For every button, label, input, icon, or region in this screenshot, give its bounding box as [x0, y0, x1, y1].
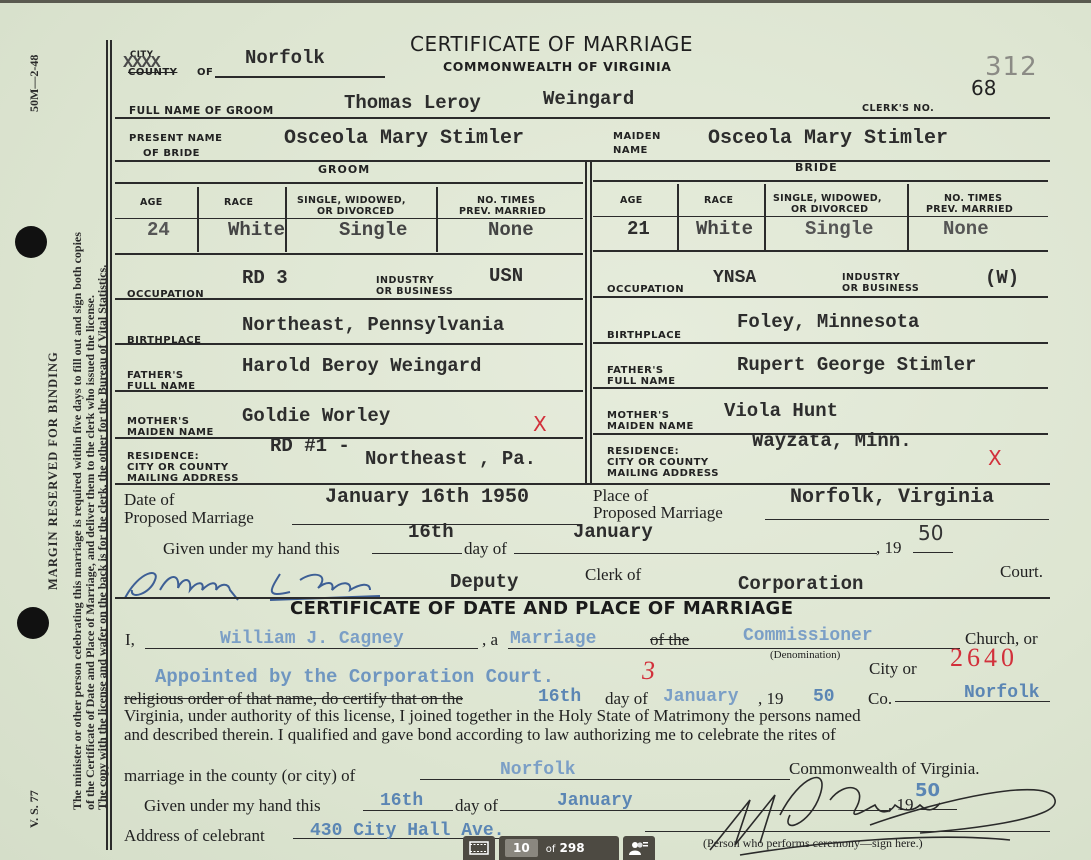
bride-age-label: AGE [620, 195, 643, 206]
bride-maiden-name: Osceola Mary Stimler [708, 127, 948, 150]
license-given-text: Given under my hand this [163, 539, 340, 559]
total-pages: 298 [560, 841, 585, 855]
groom-residence-2: Northeast , Pa. [365, 448, 536, 470]
form-code: V. S. 77 [27, 790, 42, 828]
bride-present-label-2: OF BRIDE [143, 148, 200, 159]
bride-industry-label-1: INDUSTRY [842, 272, 900, 283]
bride-father-line [593, 387, 1048, 389]
bride-prev-label-1: NO. TIMES [944, 193, 1002, 204]
groom-name-label: FULL NAME OF GROOM [129, 106, 274, 117]
ceremony-heading: CERTIFICATE OF DATE AND PLACE OF MARRIAG… [290, 598, 793, 619]
center-divider-1 [585, 160, 587, 485]
bride-status-label-2: OR DIVORCED [791, 204, 868, 215]
groom-prev-label-2: PREV. MARRIED [459, 206, 546, 217]
court-name: Corporation [738, 573, 863, 595]
bride-residence-label-3: MAILING ADDRESS [607, 468, 719, 479]
celebrant-signature [680, 755, 1080, 860]
bride-race: White [696, 218, 753, 240]
license-month-underline [514, 553, 877, 554]
ceremony-line2: Virginia, under authority of this licens… [124, 706, 861, 726]
bride-occupation-line [593, 296, 1048, 298]
groom-occupation: RD 3 [242, 267, 288, 289]
margin-instruction-3: The copy with the license and wafer on t… [95, 265, 110, 810]
city-underline [215, 76, 385, 78]
cert-city: Norfolk [964, 683, 1040, 703]
center-divider-2 [590, 160, 592, 485]
license-year: 50 [918, 521, 943, 545]
groom-race-label: RACE [224, 197, 253, 208]
cert-day: 16th [538, 687, 581, 707]
ceremony-line4-a: marriage in the county (or city) of [124, 766, 355, 786]
address-label: Address of celebrant [124, 826, 265, 846]
frame-left-inner [110, 40, 112, 850]
red-number: 2640 [950, 643, 1018, 673]
of-label: of [546, 844, 556, 855]
i-label: I, [125, 630, 135, 650]
maiden-label-2: NAME [613, 145, 648, 156]
groom-prev-label-1: NO. TIMES [477, 195, 535, 206]
groom-residence-1: RD #1 - [270, 435, 350, 457]
city-value: Norfolk [245, 47, 325, 69]
bride-present-name: Osceola Mary Stimler [284, 127, 524, 150]
groom-industry: USN [489, 265, 523, 287]
bride-red-x-mark: X [988, 446, 1002, 470]
bride-mother-label-2: MAIDEN NAME [607, 421, 694, 432]
ceremony-line3: and described therein. I qualified and g… [124, 725, 836, 745]
license-year-prefix: , 19 [876, 538, 902, 558]
cert-month: January [663, 687, 739, 707]
maiden-label-1: MAIDEN [613, 131, 661, 142]
groom-father-line [115, 390, 583, 392]
page-top-edge [0, 0, 1091, 3]
ceremony-month: January [557, 791, 633, 811]
groom-prev-married: None [488, 219, 534, 241]
bride-prev-label-2: PREV. MARRIED [926, 204, 1013, 215]
bride-residence: Wayzata, Minn. [752, 430, 912, 452]
bride-residence-label-1: RESIDENCE: [607, 446, 679, 457]
bride-status: Single [805, 218, 873, 240]
groom-industry-label-1: INDUSTRY [376, 275, 434, 286]
bride-col-sep-1 [677, 184, 679, 252]
license-day-of: day of [464, 539, 507, 559]
bride-col-header-line [593, 216, 1048, 217]
bride-col-sep-2 [764, 184, 766, 252]
current-page-input[interactable]: 10 [505, 839, 538, 857]
bride-age: 21 [627, 218, 650, 240]
red-3-mark: 3 [642, 656, 655, 686]
bride-name-line [115, 160, 1050, 162]
county-struck-label: COUNTY [128, 67, 177, 78]
groom-race: White [228, 219, 285, 241]
groom-mother-label-1: MOTHER'S [127, 416, 189, 427]
groom-status: Single [339, 219, 407, 241]
court-label: Court. [1000, 562, 1043, 582]
groom-father-label-1: FATHER'S [127, 370, 184, 381]
bride-birthplace: Foley, Minnesota [737, 311, 919, 333]
groom-col-sep-2 [285, 187, 287, 252]
bride-father-label-1: FATHER'S [607, 365, 664, 376]
groom-industry-label-2: OR BUSINESS [376, 286, 453, 297]
people-button[interactable] [623, 836, 655, 860]
bride-mother-label-1: MOTHER'S [607, 410, 669, 421]
bride-industry: (W) [985, 267, 1019, 289]
ceremony-given-text: Given under my hand this [144, 796, 321, 816]
license-year-underline [913, 552, 953, 553]
celebrant-role: Marriage [510, 629, 596, 649]
bride-race-label: RACE [704, 195, 733, 206]
viewer-toolbar: 10 of 298 [463, 836, 655, 860]
bride-present-label-1: PRESENT NAME [129, 133, 222, 144]
bride-father-label-2: FULL NAME [607, 376, 676, 387]
bride-status-label-1: SINGLE, WIDOWED, [773, 193, 882, 204]
groom-red-x-mark: X [533, 412, 547, 436]
bride-birthplace-label: BIRTHPLACE [607, 330, 681, 341]
groom-residence-label-2: CITY OR COUNTY [127, 462, 229, 473]
groom-col-sep-1 [197, 187, 199, 252]
groom-occupation-line [115, 298, 583, 300]
bride-col-sep-3 [907, 184, 909, 252]
co-label: Co. [868, 689, 892, 709]
bride-occupation-label: OCCUPATION [607, 284, 684, 295]
celebrant-name: William J. Cagney [220, 629, 404, 649]
binding-hole [17, 607, 49, 639]
date-label-1: Date of [124, 490, 175, 510]
bride-stats-line [593, 250, 1048, 252]
groom-residence-label-1: RESIDENCE: [127, 451, 199, 462]
groom-age: 24 [147, 219, 170, 241]
a-label: , a [482, 630, 498, 650]
cert-year: 50 [813, 687, 835, 707]
bride-heading: BRIDE [795, 162, 838, 173]
appointed-text: Appointed by the Corporation Court. [155, 666, 554, 688]
bride-occupation: YNSA [713, 268, 756, 288]
line4-city: Norfolk [500, 760, 576, 780]
proposed-place: Norfolk, Virginia [790, 486, 994, 509]
document-page: 50M—2-48 V. S. 77 MARGIN RESERVED FOR BI… [0, 0, 1091, 860]
license-month: January [573, 521, 653, 543]
bride-mother: Viola Hunt [724, 400, 838, 422]
celebrant-role-2: Commissioner [743, 626, 873, 646]
binding-hole [15, 226, 47, 258]
groom-mother: Goldie Worley [242, 405, 390, 427]
groom-heading: GROOM [318, 164, 370, 175]
groom-birthplace-line [115, 343, 583, 345]
license-day: 16th [408, 521, 454, 543]
clerks-no-label: CLERK'S NO. [862, 103, 934, 114]
clerk-of-label: Clerk of [585, 565, 641, 585]
frame-left-outer [106, 40, 108, 850]
certificate-title: CERTIFICATE OF MARRIAGE [410, 32, 693, 56]
clerks-number: 68 [971, 76, 996, 100]
filmstrip-icon [469, 841, 489, 855]
place-label-2: Proposed Marriage [593, 503, 723, 523]
license-day-underline [372, 553, 462, 554]
ceremony-day: 16th [380, 791, 423, 811]
groom-birthplace: Northeast, Pennsylvania [242, 314, 504, 336]
place-underline [765, 519, 1049, 520]
groom-father: Harold Beroy Weingard [242, 355, 481, 377]
bride-residence-label-2: CITY OR COUNTY [607, 457, 709, 468]
groom-name-last: Weingard [543, 88, 634, 110]
groom-age-label: AGE [140, 197, 163, 208]
form-number: 50M—2-48 [27, 55, 42, 112]
of-label: OF [197, 67, 213, 78]
certificate-subtitle: COMMONWEALTH OF VIRGINIA [443, 59, 672, 74]
people-icon [629, 840, 649, 856]
filmstrip-button[interactable] [463, 836, 495, 860]
groom-heading-line [115, 182, 583, 184]
groom-name-line [115, 117, 1050, 119]
date-label-2: Proposed Marriage [124, 508, 254, 528]
groom-name-first: Thomas Leroy [344, 92, 481, 114]
groom-status-label-2: OR DIVORCED [317, 206, 394, 217]
bride-prev-married: None [943, 218, 989, 240]
of-the-struck: of the [650, 630, 689, 650]
margin-label: MARGIN RESERVED FOR BINDING [46, 351, 61, 590]
groom-col-sep-3 [436, 187, 438, 252]
cert-city-underline [895, 701, 1050, 702]
page-indicator: 10 of 298 [499, 836, 619, 860]
deputy-label: Deputy [450, 571, 518, 593]
bride-birthplace-line [593, 342, 1048, 344]
bride-industry-label-2: OR BUSINESS [842, 283, 919, 294]
proposed-date: January 16th 1950 [325, 486, 529, 509]
city-or-label: City or [869, 659, 917, 679]
groom-stats-line [115, 253, 583, 255]
details-bottom-line [115, 483, 1050, 485]
bride-father: Rupert George Stimler [737, 354, 976, 376]
ceremony-day-of: day of [455, 796, 498, 816]
groom-status-label-1: SINGLE, WIDOWED, [297, 195, 406, 206]
bride-heading-line [593, 180, 1048, 182]
denomination-label: (Denomination) [770, 649, 840, 661]
